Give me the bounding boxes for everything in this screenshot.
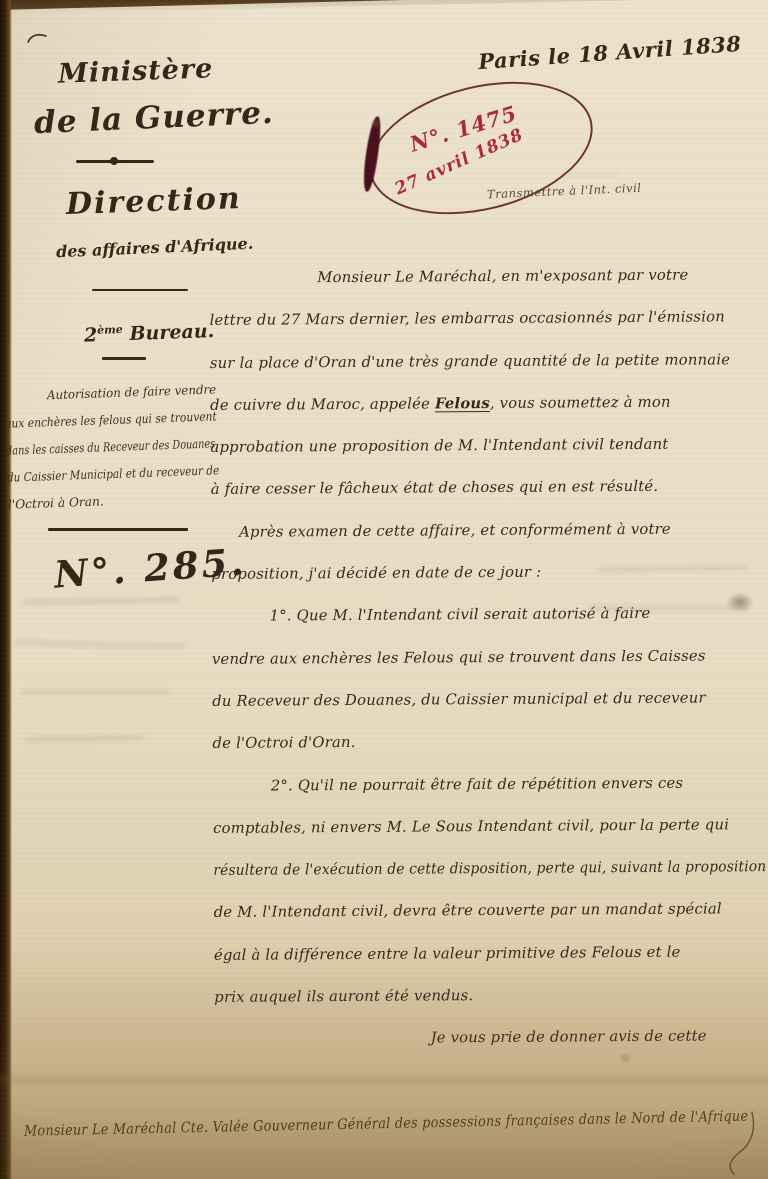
body-line: 2°. Qu'il ne pourrait être fait de répét… xyxy=(213,774,766,820)
body-line: 1°. Que M. l'Intendant civil serait auto… xyxy=(212,604,765,650)
body-line: du Receveur des Douanes, du Caissier mun… xyxy=(212,689,765,735)
divider-line xyxy=(48,528,188,531)
divider-ornament xyxy=(76,160,154,163)
body-line: de M. l'Intendant civil, devra être couv… xyxy=(214,901,767,947)
body-line: Monsieur Le Maréchal, en m'exposant par … xyxy=(209,266,762,312)
paper-edge-left xyxy=(0,0,12,1179)
divider-line xyxy=(102,357,146,360)
body-line: vendre aux enchères les Felous qui se tr… xyxy=(212,647,765,693)
body-line: résultera de l'exécution de cette dispos… xyxy=(213,858,766,904)
body-line: Après examen de cette affaire, et confor… xyxy=(211,520,764,566)
body-line: de l'Octroi d'Oran. xyxy=(212,731,765,777)
manuscript-page: Ministère de la Guerre. Direction des af… xyxy=(0,0,768,1179)
bureau-ordinal-suffix: ème xyxy=(97,323,123,337)
body-line: approbation une proposition de M. l'Inte… xyxy=(210,435,763,481)
body-line: prix auquel ils auront été vendus. xyxy=(214,985,767,1031)
margin-summary-note: Autorisation de faire vendre aux enchère… xyxy=(4,376,223,518)
body-line: proposition, j'ai décidé en date de ce j… xyxy=(211,562,764,608)
ink-hook-mark xyxy=(26,30,50,46)
bureau-number: 2 xyxy=(84,324,98,346)
paper-spot xyxy=(620,1054,630,1062)
bleed-through-mark xyxy=(20,690,170,695)
bleed-through-mark xyxy=(22,597,180,606)
ministry-name-line2: de la Guerre. xyxy=(33,95,274,141)
footer-flourish xyxy=(694,1108,758,1176)
body-line: comptables, ni envers M. Le Sous Intenda… xyxy=(213,816,766,862)
bleed-through-mark xyxy=(26,735,144,742)
body-line: de cuivre du Maroc, appelée Felous, vous… xyxy=(210,393,763,439)
recipient-address-line: Monsieur Le Maréchal Cte. Valée Gouverne… xyxy=(24,1108,760,1139)
bleed-through-mark xyxy=(14,640,186,648)
ink-smudge xyxy=(726,592,754,612)
body-line: égal à la différence entre la valeur pri… xyxy=(214,943,767,989)
direction-line2: des affaires d'Afrique. xyxy=(56,234,254,262)
divider-line xyxy=(92,289,188,291)
underlined-term: Felous xyxy=(435,395,490,412)
body-line: sur la place d'Oran d'une très grande qu… xyxy=(210,351,763,397)
dateline: Paris le 18 Avril 1838 xyxy=(477,31,742,74)
bureau-word: Bureau. xyxy=(129,320,214,345)
letter-body: Monsieur Le Maréchal, en m'exposant par … xyxy=(209,266,768,1073)
body-line: à faire cesser le fâcheux état de choses… xyxy=(211,478,764,524)
direction-line1: Direction xyxy=(65,181,242,222)
ministry-name-line1: Ministère xyxy=(58,53,214,89)
paper-crease xyxy=(0,1072,768,1088)
body-line: Je vous prie de donner avis de cette xyxy=(215,1027,768,1073)
bureau-label: 2ème Bureau. xyxy=(84,320,215,347)
paper-spot xyxy=(372,120,379,127)
bleed-through-mark xyxy=(560,172,620,176)
body-line: lettre du 27 Mars dernier, les embarras … xyxy=(209,308,762,354)
